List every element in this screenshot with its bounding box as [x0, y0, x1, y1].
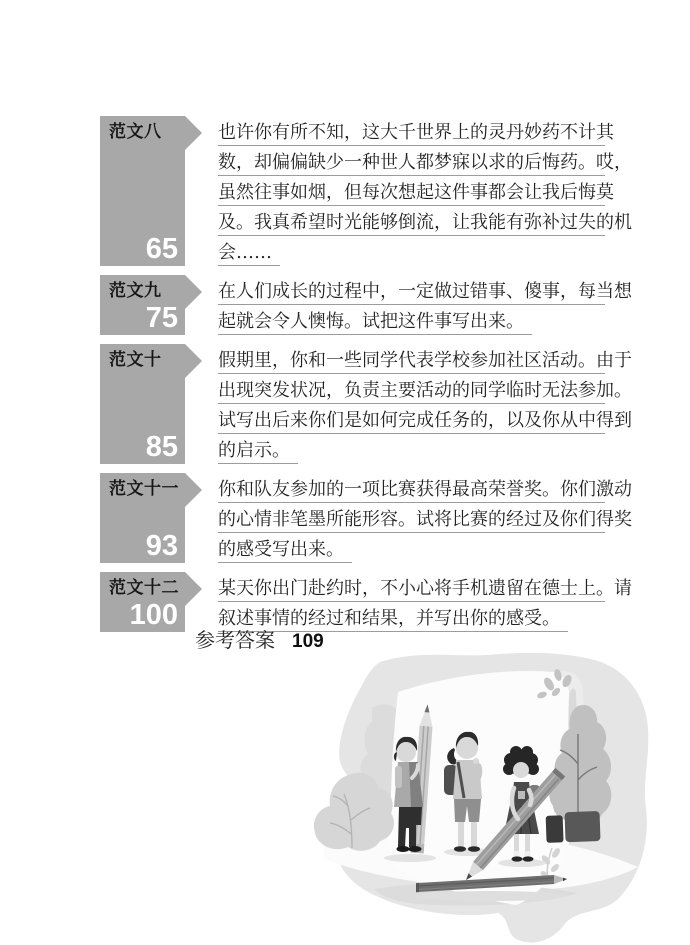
- entry-label: 范文十: [100, 344, 185, 370]
- toc-entry-fanwen-11: 范文十一 93 你和队友参加的一项比赛获得最高荣誉奖。你们激动 的心情非笔墨所能…: [100, 473, 605, 563]
- description-line: 某天你出门赴约时，不小心将手机遗留在德士上。请: [218, 572, 605, 602]
- description-line: 的启示。: [218, 434, 298, 464]
- description-line: 出现突发状况，负责主要活动的同学临时无法参加。: [218, 374, 605, 404]
- entry-page-number: 93: [146, 532, 185, 563]
- description-line: 也许你有所不知，这大千世界上的灵丹妙药不计其: [218, 116, 605, 146]
- eraser: [546, 811, 601, 843]
- table-of-contents: 范文八 65 也许你有所不知，这大千世界上的灵丹妙药不计其 数，却偏偏缺少一种世…: [100, 116, 605, 641]
- entry-label: 范文九: [100, 275, 185, 301]
- entry-label-block: 范文十 85: [100, 344, 185, 464]
- entry-label-block: 范文九 75: [100, 275, 185, 335]
- entry-page-number: 85: [146, 433, 185, 464]
- entry-description: 某天你出门赴约时，不小心将手机遗留在德士上。请 叙述事情的经过和结果，并写出你的…: [218, 572, 605, 632]
- toc-entry-fanwen-10: 范文十 85 假期里，你和一些同学代表学校参加社区活动。由于 出现突发状况，负责…: [100, 344, 605, 464]
- arrow-right-icon: [185, 473, 202, 507]
- description-line: 起就会令人懊悔。试把这件事写出来。: [218, 305, 532, 335]
- entry-description: 在人们成长的过程中，一定做过错事、傻事，每当想 起就会令人懊悔。试把这件事写出来…: [218, 275, 605, 335]
- description-line: 会……: [218, 236, 280, 266]
- book-toc-page: 范文八 65 也许你有所不知，这大千世界上的灵丹妙药不计其 数，却偏偏缺少一种世…: [0, 0, 690, 945]
- description-line: 你和队友参加的一项比赛获得最高荣誉奖。你们激动: [218, 473, 605, 503]
- arrow-right-icon: [185, 275, 202, 309]
- entry-label: 范文十一: [100, 473, 185, 499]
- description-line: 的感受写出来。: [218, 533, 352, 563]
- description-line: 数，却偏偏缺少一种世人都梦寐以求的后悔药。哎，: [218, 146, 605, 176]
- description-line: 在人们成长的过程中，一定做过错事、傻事，每当想: [218, 275, 605, 305]
- answers-label: 参考答案: [195, 624, 275, 653]
- entry-description: 也许你有所不知，这大千世界上的灵丹妙药不计其 数，却偏偏缺少一种世人都梦寐以求的…: [218, 116, 605, 266]
- description-line: 及。我真希望时光能够倒流，让我能有弥补过失的机: [218, 206, 605, 236]
- entry-page-number: 65: [146, 235, 185, 266]
- entry-page-number: 100: [130, 601, 185, 632]
- girl-arm: [529, 790, 531, 805]
- answers-row: 参考答案 109: [195, 624, 324, 653]
- arrow-right-icon: [185, 344, 202, 378]
- entry-label: 范文八: [100, 116, 185, 142]
- description-line: 的心情非笔墨所能形容。试将比赛的经过及你们得奖: [218, 503, 605, 533]
- entry-description: 你和队友参加的一项比赛获得最高荣誉奖。你们激动 的心情非笔墨所能形容。试将比赛的…: [218, 473, 605, 563]
- children-writing-illustration: [306, 648, 690, 945]
- description-line: 虽然往事如烟，但每次想起这件事都会让我后悔莫: [218, 176, 605, 206]
- figure-shadow: [384, 854, 436, 862]
- entry-label: 范文十二: [100, 572, 185, 598]
- entry-label-block: 范文八 65: [100, 116, 185, 266]
- entry-page-number: 75: [146, 304, 185, 335]
- pencil-shadow: [416, 891, 566, 901]
- entry-label-block: 范文十二 100: [100, 572, 185, 632]
- toc-entry-fanwen-8: 范文八 65 也许你有所不知，这大千世界上的灵丹妙药不计其 数，却偏偏缺少一种世…: [100, 116, 605, 266]
- description-line: 假期里，你和一些同学代表学校参加社区活动。由于: [218, 344, 605, 374]
- description-line: 试写出后来你们是如何完成任务的，以及你从中得到: [218, 404, 605, 434]
- arrow-right-icon: [185, 116, 202, 150]
- toc-entry-fanwen-9: 范文九 75 在人们成长的过程中，一定做过错事、傻事，每当想 起就会令人懊悔。试…: [100, 275, 605, 335]
- entry-description: 假期里，你和一些同学代表学校参加社区活动。由于 出现突发状况，负责主要活动的同学…: [218, 344, 605, 464]
- arrow-right-icon: [185, 572, 202, 606]
- toc-entry-fanwen-12: 范文十二 100 某天你出门赴约时，不小心将手机遗留在德士上。请 叙述事情的经过…: [100, 572, 605, 632]
- entry-label-block: 范文十一 93: [100, 473, 185, 563]
- figure-shadow: [498, 859, 546, 867]
